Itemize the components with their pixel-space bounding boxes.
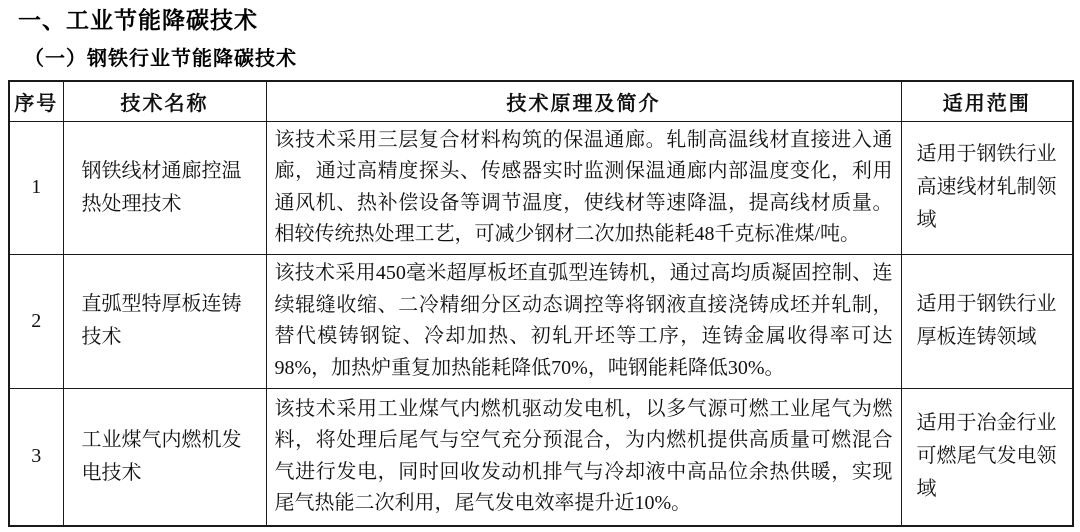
header-applicable-scope: 适用范围 [901, 81, 1073, 121]
table-header-row: 序号 技术名称 技术原理及简介 适用范围 [9, 81, 1073, 121]
cell-principle-description: 该技术采用450毫米超厚板坯直弧型连铸机，通过高均质凝固控制、连续辊缝收缩、二冷… [266, 254, 901, 388]
header-technology-name: 技术名称 [63, 81, 266, 121]
cell-technology-name: 钢铁线材通廊控温热处理技术 [63, 121, 266, 254]
document-page: 一、工业节能降碳技术 （一）钢铁行业节能降碳技术 序号 技术名称 技术原理及简介… [0, 0, 1080, 532]
cell-technology-name: 工业煤气内燃机发电技术 [63, 388, 266, 526]
table-row: 2 直弧型特厚板连铸技术 该技术采用450毫米超厚板坯直弧型连铸机，通过高均质凝… [9, 254, 1073, 388]
cell-principle-description: 该技术采用三层复合材料构筑的保温通廊。轧制高温线材直接进入通廊，通过高精度探头、… [266, 121, 901, 254]
cell-applicable-scope: 适用于冶金行业可燃尾气发电领域 [901, 388, 1073, 526]
cell-applicable-scope: 适用于钢铁行业高速线材轧制领域 [901, 121, 1073, 254]
page-title: 一、工业节能降碳技术 [0, 0, 1080, 34]
section-subtitle: （一）钢铁行业节能降碳技术 [0, 34, 1080, 71]
header-principle-description: 技术原理及简介 [266, 81, 901, 121]
cell-serial-number: 1 [9, 121, 63, 254]
cell-serial-number: 2 [9, 254, 63, 388]
technology-table: 序号 技术名称 技术原理及简介 适用范围 1 钢铁线材通廊控温热处理技术 该技术… [8, 80, 1074, 527]
header-serial-number: 序号 [9, 81, 63, 121]
cell-applicable-scope: 适用于钢铁行业厚板连铸领域 [901, 254, 1073, 388]
table-row: 3 工业煤气内燃机发电技术 该技术采用工业煤气内燃机驱动发电机，以多气源可燃工业… [9, 388, 1073, 526]
table-row: 1 钢铁线材通廊控温热处理技术 该技术采用三层复合材料构筑的保温通廊。轧制高温线… [9, 121, 1073, 254]
cell-serial-number: 3 [9, 388, 63, 526]
cell-principle-description: 该技术采用工业煤气内燃机驱动发电机，以多气源可燃工业尾气为燃料，将处理后尾气与空… [266, 388, 901, 526]
cell-technology-name: 直弧型特厚板连铸技术 [63, 254, 266, 388]
